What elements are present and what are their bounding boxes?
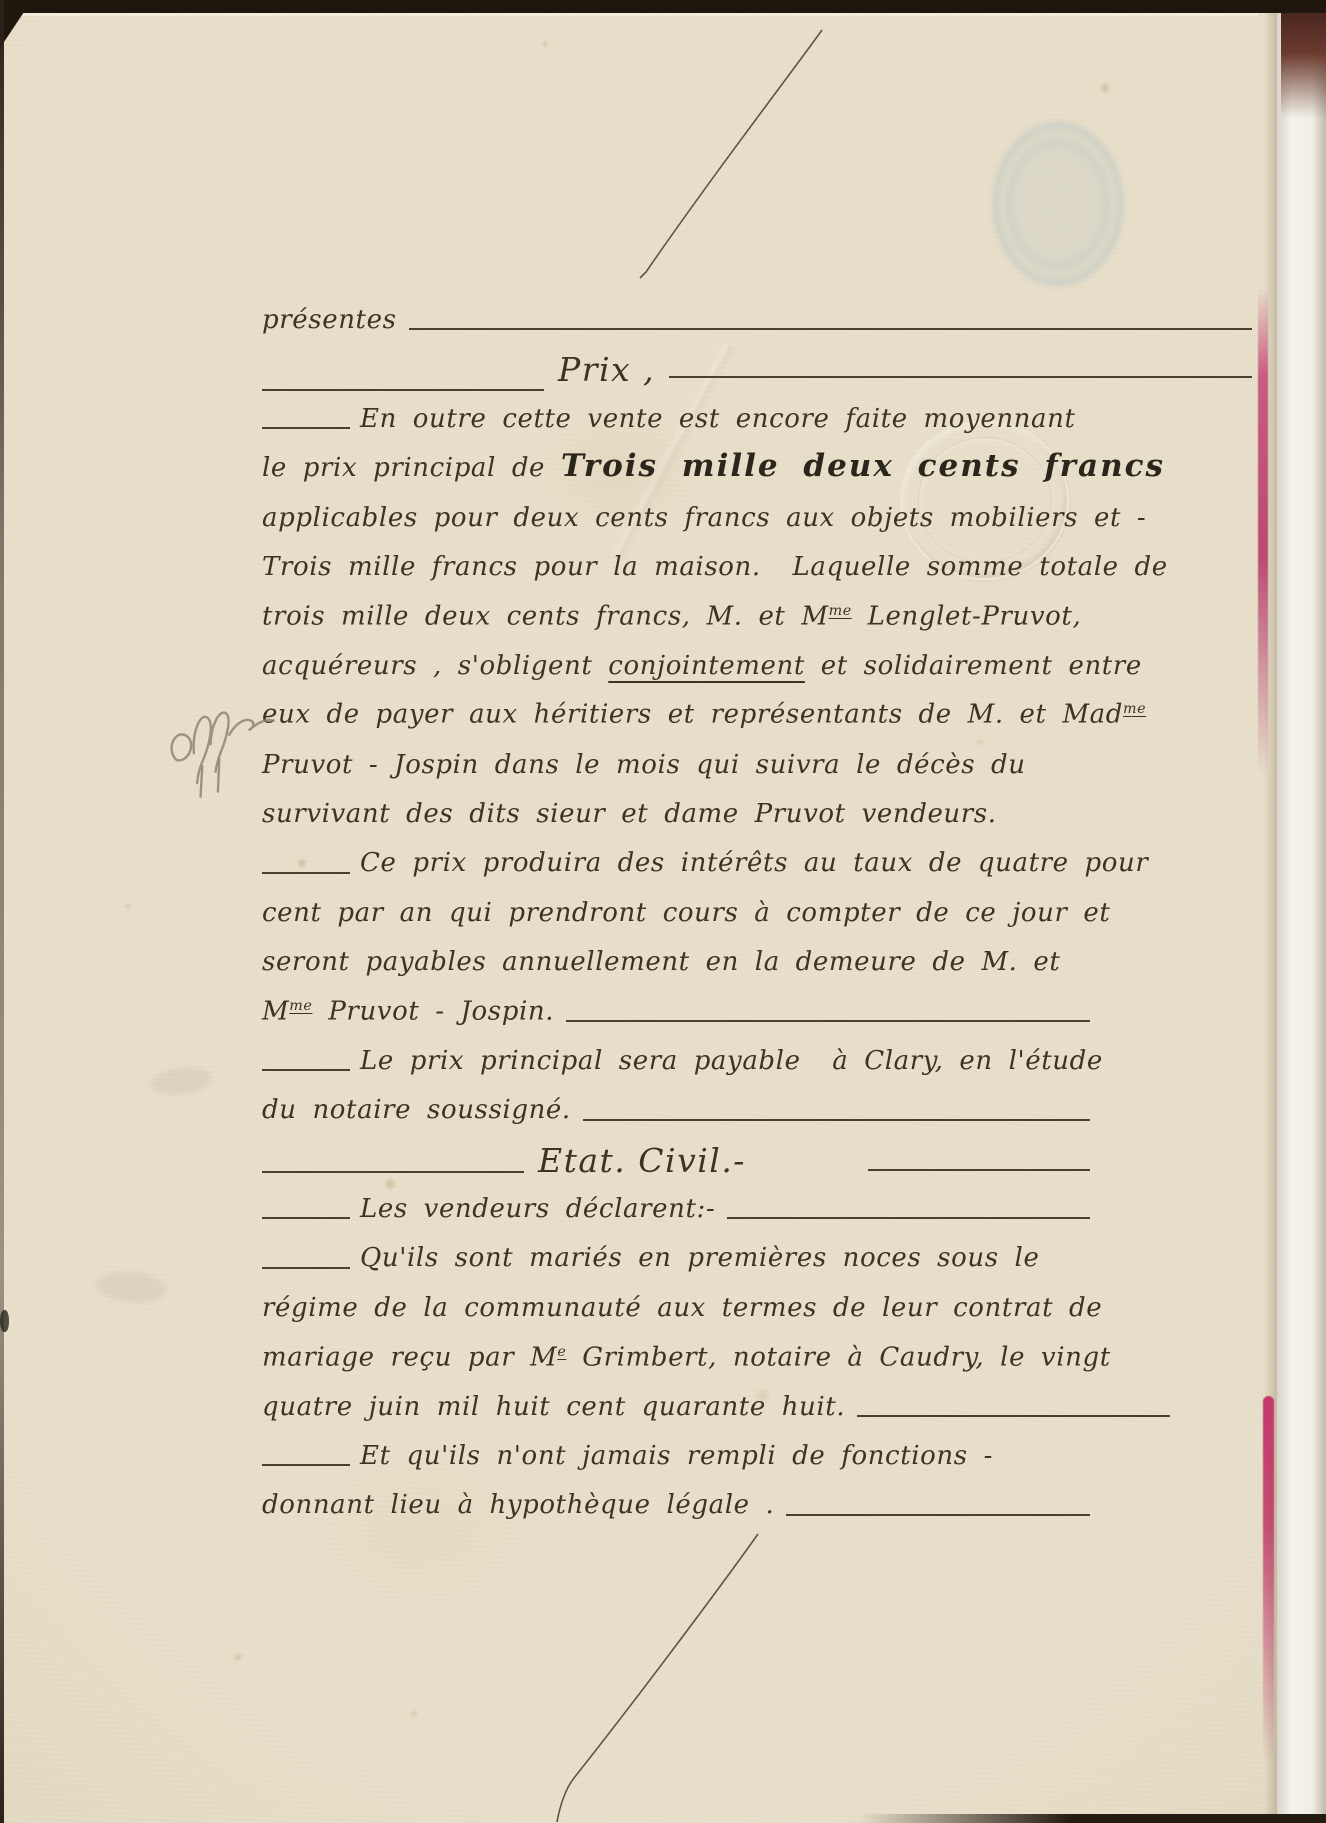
ink-rule [786, 1514, 1090, 1516]
text-segment: me [289, 998, 312, 1014]
text-line: Qu'ils sont mariés en premières noces so… [262, 1234, 1090, 1283]
text-segment: seront payables annuellement en la demeu… [262, 947, 1060, 977]
handwritten-text: cent par an qui prendront cours à compte… [262, 889, 1110, 938]
text-line: seront payables annuellement en la demeu… [262, 938, 1090, 987]
handwritten-text: du notaire soussigné. [262, 1086, 571, 1135]
text-line: acquéreurs , s'obligent conjointement et… [262, 642, 1090, 691]
ink-rule [262, 427, 350, 429]
paper-top-bevel [0, 13, 1258, 16]
ink-rule [262, 1171, 524, 1173]
handwritten-text: Pruvot - Jospin dans le mois qui suivra … [262, 741, 1026, 790]
scan-bottom-edge [860, 1814, 1326, 1823]
scan-top-edge [0, 0, 1326, 13]
ink-rule [669, 376, 1252, 378]
text-line: régime de la communauté aux termes de le… [262, 1284, 1090, 1333]
text-segment: Pruvot - Jospin dans le mois qui suivra … [262, 750, 1026, 780]
text-segment: Et qu'ils n'ont jamais rempli de fonctio… [360, 1441, 993, 1471]
ink-rule [727, 1217, 1090, 1219]
text-line: le prix principal de Trois mille deux ce… [262, 444, 1090, 493]
text-segment: acquéreurs , s'obligent [262, 651, 608, 681]
text-line: du notaire soussigné. [262, 1086, 1090, 1135]
handwritten-text: survivant des dits sieur et dame Pruvot … [262, 790, 997, 839]
text-segment: donnant lieu à hypothèque légale . [262, 1490, 774, 1520]
handwritten-text: eux de payer aux héritiers et représenta… [262, 685, 1146, 740]
round-ink-stamp [988, 116, 1128, 292]
text-segment: Qu'ils sont mariés en premières noces so… [360, 1243, 1039, 1273]
paper-sheet: présentesPrix ,En outre cette vente est … [0, 0, 1277, 1823]
text-segment: Trois mille francs pour la maison. Laque… [262, 552, 1168, 582]
text-line: Mme Pruvot - Jospin. [262, 987, 1090, 1036]
handwritten-text: En outre cette vente est encore faite mo… [360, 395, 1076, 444]
text-segment: présentes [262, 305, 397, 335]
handwritten-text: régime de la communauté aux termes de le… [262, 1284, 1102, 1333]
text-segment: conjointement [608, 651, 805, 681]
section-heading-row: Prix , [262, 345, 1090, 394]
handwritten-text: présentes [262, 296, 397, 345]
cover-edge [1281, 0, 1326, 118]
text-segment: M [262, 996, 289, 1026]
text-line: survivant des dits sieur et dame Pruvot … [262, 790, 1090, 839]
text-segment: me [1123, 701, 1146, 717]
text-segment: mariage reçu par M [262, 1342, 557, 1372]
text-segment: et solidairement entre [805, 651, 1142, 681]
showthrough-smudge [148, 1064, 213, 1098]
text-segment: quatre juin mil huit cent quarante huit. [262, 1392, 845, 1422]
text-line: En outre cette vente est encore faite mo… [262, 395, 1090, 444]
ink-rule [868, 1169, 1090, 1171]
handwritten-text: Le prix principal sera payable à Clary, … [360, 1037, 1103, 1086]
ink-rule [262, 1069, 350, 1071]
text-segment: cent par an qui prendront cours à compte… [262, 898, 1110, 928]
text-segment: le prix principal de [262, 453, 561, 483]
section-heading-row: Etat. Civil.- [262, 1136, 1090, 1185]
binding-ribbon-upper [1258, 288, 1268, 776]
handwritten-text: quatre juin mil huit cent quarante huit. [262, 1383, 845, 1432]
handwritten-text: mariage reçu par Me Grimbert, notaire à … [262, 1328, 1111, 1383]
handwritten-text: seront payables annuellement en la demeu… [262, 938, 1060, 987]
handwritten-text: Mme Pruvot - Jospin. [262, 982, 554, 1037]
ink-rule [262, 1217, 350, 1219]
text-line: présentes [262, 296, 1090, 345]
text-segment: eux de payer aux héritiers et représenta… [262, 700, 1123, 730]
text-segment: Ce prix produira des intérêts au taux de… [360, 848, 1148, 878]
ink-rule [262, 1464, 350, 1466]
scan-left-edge [0, 0, 4, 1823]
text-segment: du notaire soussigné. [262, 1095, 571, 1125]
section-heading: Etat. Civil.- [524, 1136, 760, 1185]
ink-rule [262, 872, 350, 874]
binding-ribbon-lower [1263, 1396, 1274, 1761]
text-line: Pruvot - Jospin dans le mois qui suivra … [262, 741, 1090, 790]
text-line: quatre juin mil huit cent quarante huit. [262, 1383, 1090, 1432]
handwritten-text: donnant lieu à hypothèque légale . [262, 1481, 774, 1530]
ink-rule [262, 389, 544, 391]
handwritten-text: Trois mille francs pour la maison. Laque… [262, 543, 1168, 592]
text-segment: applicables pour deux cents francs aux o… [262, 503, 1146, 533]
ink-rule [262, 1267, 350, 1269]
document-lines: présentesPrix ,En outre cette vente est … [262, 296, 1090, 1531]
text-segment: survivant des dits sieur et dame Pruvot … [262, 799, 997, 829]
text-line: donnant lieu à hypothèque légale . [262, 1481, 1090, 1530]
notary-slash-bottom-icon [557, 1534, 758, 1822]
ink-rule [857, 1415, 1170, 1417]
handwritten-text: acquéreurs , s'obligent conjointement et… [262, 642, 1142, 691]
text-line: eux de payer aux héritiers et représenta… [262, 691, 1090, 740]
notary-slash-top-icon [640, 30, 822, 278]
text-segment: trois mille deux cents francs, M. et M [262, 601, 829, 631]
text-segment: Pruvot - Jospin. [312, 996, 554, 1026]
handwritten-text: Ce prix produira des intérêts au taux de… [360, 839, 1148, 888]
text-line: Et qu'ils n'ont jamais rempli de fonctio… [262, 1432, 1090, 1481]
text-segment: me [829, 603, 852, 619]
ink-rule [583, 1119, 1090, 1121]
handwritten-text: Les vendeurs déclarent:- [360, 1185, 715, 1234]
text-line: Ce prix produira des intérêts au taux de… [262, 839, 1090, 888]
text-segment: Lenglet-Pruvot, [852, 601, 1082, 631]
text-line: mariage reçu par Me Grimbert, notaire à … [262, 1333, 1090, 1382]
adjacent-page-strip [1277, 0, 1326, 1823]
showthrough-smudge [95, 1269, 167, 1305]
ink-rule [409, 328, 1252, 330]
handwritten-text: trois mille deux cents francs, M. et Mme… [262, 587, 1081, 642]
text-line: Les vendeurs déclarent:- [262, 1185, 1090, 1234]
ink-rule [566, 1020, 1090, 1022]
text-segment: En outre cette vente est encore faite mo… [360, 404, 1076, 434]
section-heading: Prix , [544, 345, 669, 394]
scanned-page: présentesPrix ,En outre cette vente est … [0, 0, 1326, 1823]
text-segment: régime de la communauté aux termes de le… [262, 1293, 1102, 1323]
handwritten-text: le prix principal de Trois mille deux ce… [262, 442, 1165, 493]
handwritten-text: applicables pour deux cents francs aux o… [262, 494, 1146, 543]
text-line: Trois mille francs pour la maison. Laque… [262, 543, 1090, 592]
text-line: cent par an qui prendront cours à compte… [262, 889, 1090, 938]
text-segment: Grimbert, notaire à Caudry, le vingt [566, 1342, 1110, 1372]
text-segment: Le prix principal sera payable à Clary, … [360, 1046, 1103, 1076]
handwritten-text: Qu'ils sont mariés en premières noces so… [360, 1234, 1039, 1283]
handwritten-text: Et qu'ils n'ont jamais rempli de fonctio… [360, 1432, 993, 1481]
text-segment: Les vendeurs déclarent:- [360, 1194, 715, 1224]
text-segment: Trois mille deux cents francs [561, 448, 1165, 484]
text-line: applicables pour deux cents francs aux o… [262, 494, 1090, 543]
text-line: Le prix principal sera payable à Clary, … [262, 1037, 1090, 1086]
text-line: trois mille deux cents francs, M. et Mme… [262, 592, 1090, 641]
